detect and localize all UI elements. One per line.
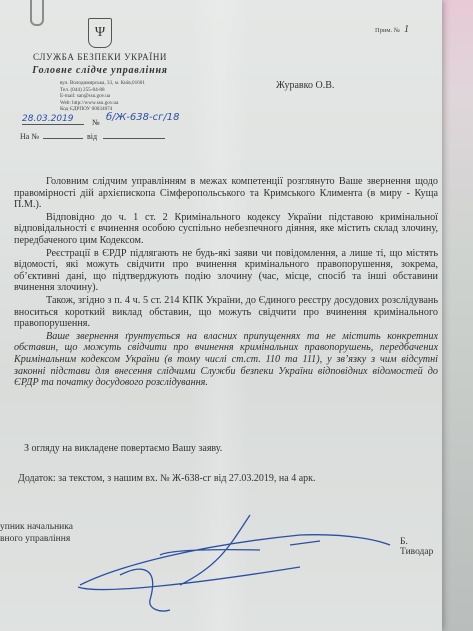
na-blank [43, 138, 83, 139]
letter-page: Ψ СЛУЖБА БЕЗПЕКИ УКРАЇНИ Головне слідче … [0, 0, 442, 631]
paragraph-2: Відповідно до ч. 1 ст. 2 Кримінального к… [14, 212, 438, 247]
paragraph-4: Також, згідно з п. 4 ч. 5 ст. 214 КПК Ук… [14, 295, 438, 330]
vid-blank [103, 138, 165, 139]
handwritten-signature-icon [60, 505, 400, 615]
paragraph-3: Реєстрації в ЄРДР підлягають не будь-які… [14, 248, 438, 294]
contact-address: вул. Володимирська, 33, м. Київ,01601 [60, 80, 180, 87]
contact-web: Web: http://www.ssu.gov.ua [60, 100, 180, 107]
trident-emblem-icon: Ψ [88, 18, 112, 48]
number-label: № [92, 118, 100, 127]
paragraph-5: Ваше звернення ґрунтується на власних пр… [14, 331, 438, 389]
outgoing-date: 28.03.2019 [22, 114, 84, 125]
paragraph-1: Головним слідчим управлінням в межах ком… [14, 176, 438, 211]
contacts-block: вул. Володимирська, 33, м. Київ,01601 Те… [20, 80, 180, 113]
copy-mark-value: 1 [404, 24, 409, 35]
letter-body: Головним слідчим управлінням в межах ком… [14, 176, 438, 389]
department-name: Головне слідче управління [20, 65, 180, 76]
signatory-name: Б. Тиводар [400, 537, 442, 557]
contact-phone: Тел. (044) 255-84-88 [60, 87, 180, 94]
letterhead: Ψ СЛУЖБА БЕЗПЕКИ УКРАЇНИ Головне слідче … [20, 18, 180, 113]
attachment-line: Додаток: за текстом, з нашим вх. № Ж-638… [18, 473, 316, 484]
copy-mark-label: Прим. № [375, 27, 400, 34]
copy-mark: Прим. №1 [375, 24, 409, 35]
vid-label: від [87, 132, 97, 141]
reference-line: На №від [20, 132, 165, 141]
conclusion-line: З огляду на викладене повертаємо Вашу за… [24, 443, 222, 454]
contact-email: E-mail: san@ssu.gov.ua [60, 93, 180, 100]
organization-name: СЛУЖБА БЕЗПЕКИ УКРАЇНИ [20, 52, 180, 62]
outgoing-number: б/Ж-638-сг/18 [106, 112, 179, 123]
na-label: На № [20, 132, 39, 141]
recipient-name: Журавко О.В. [276, 80, 334, 91]
